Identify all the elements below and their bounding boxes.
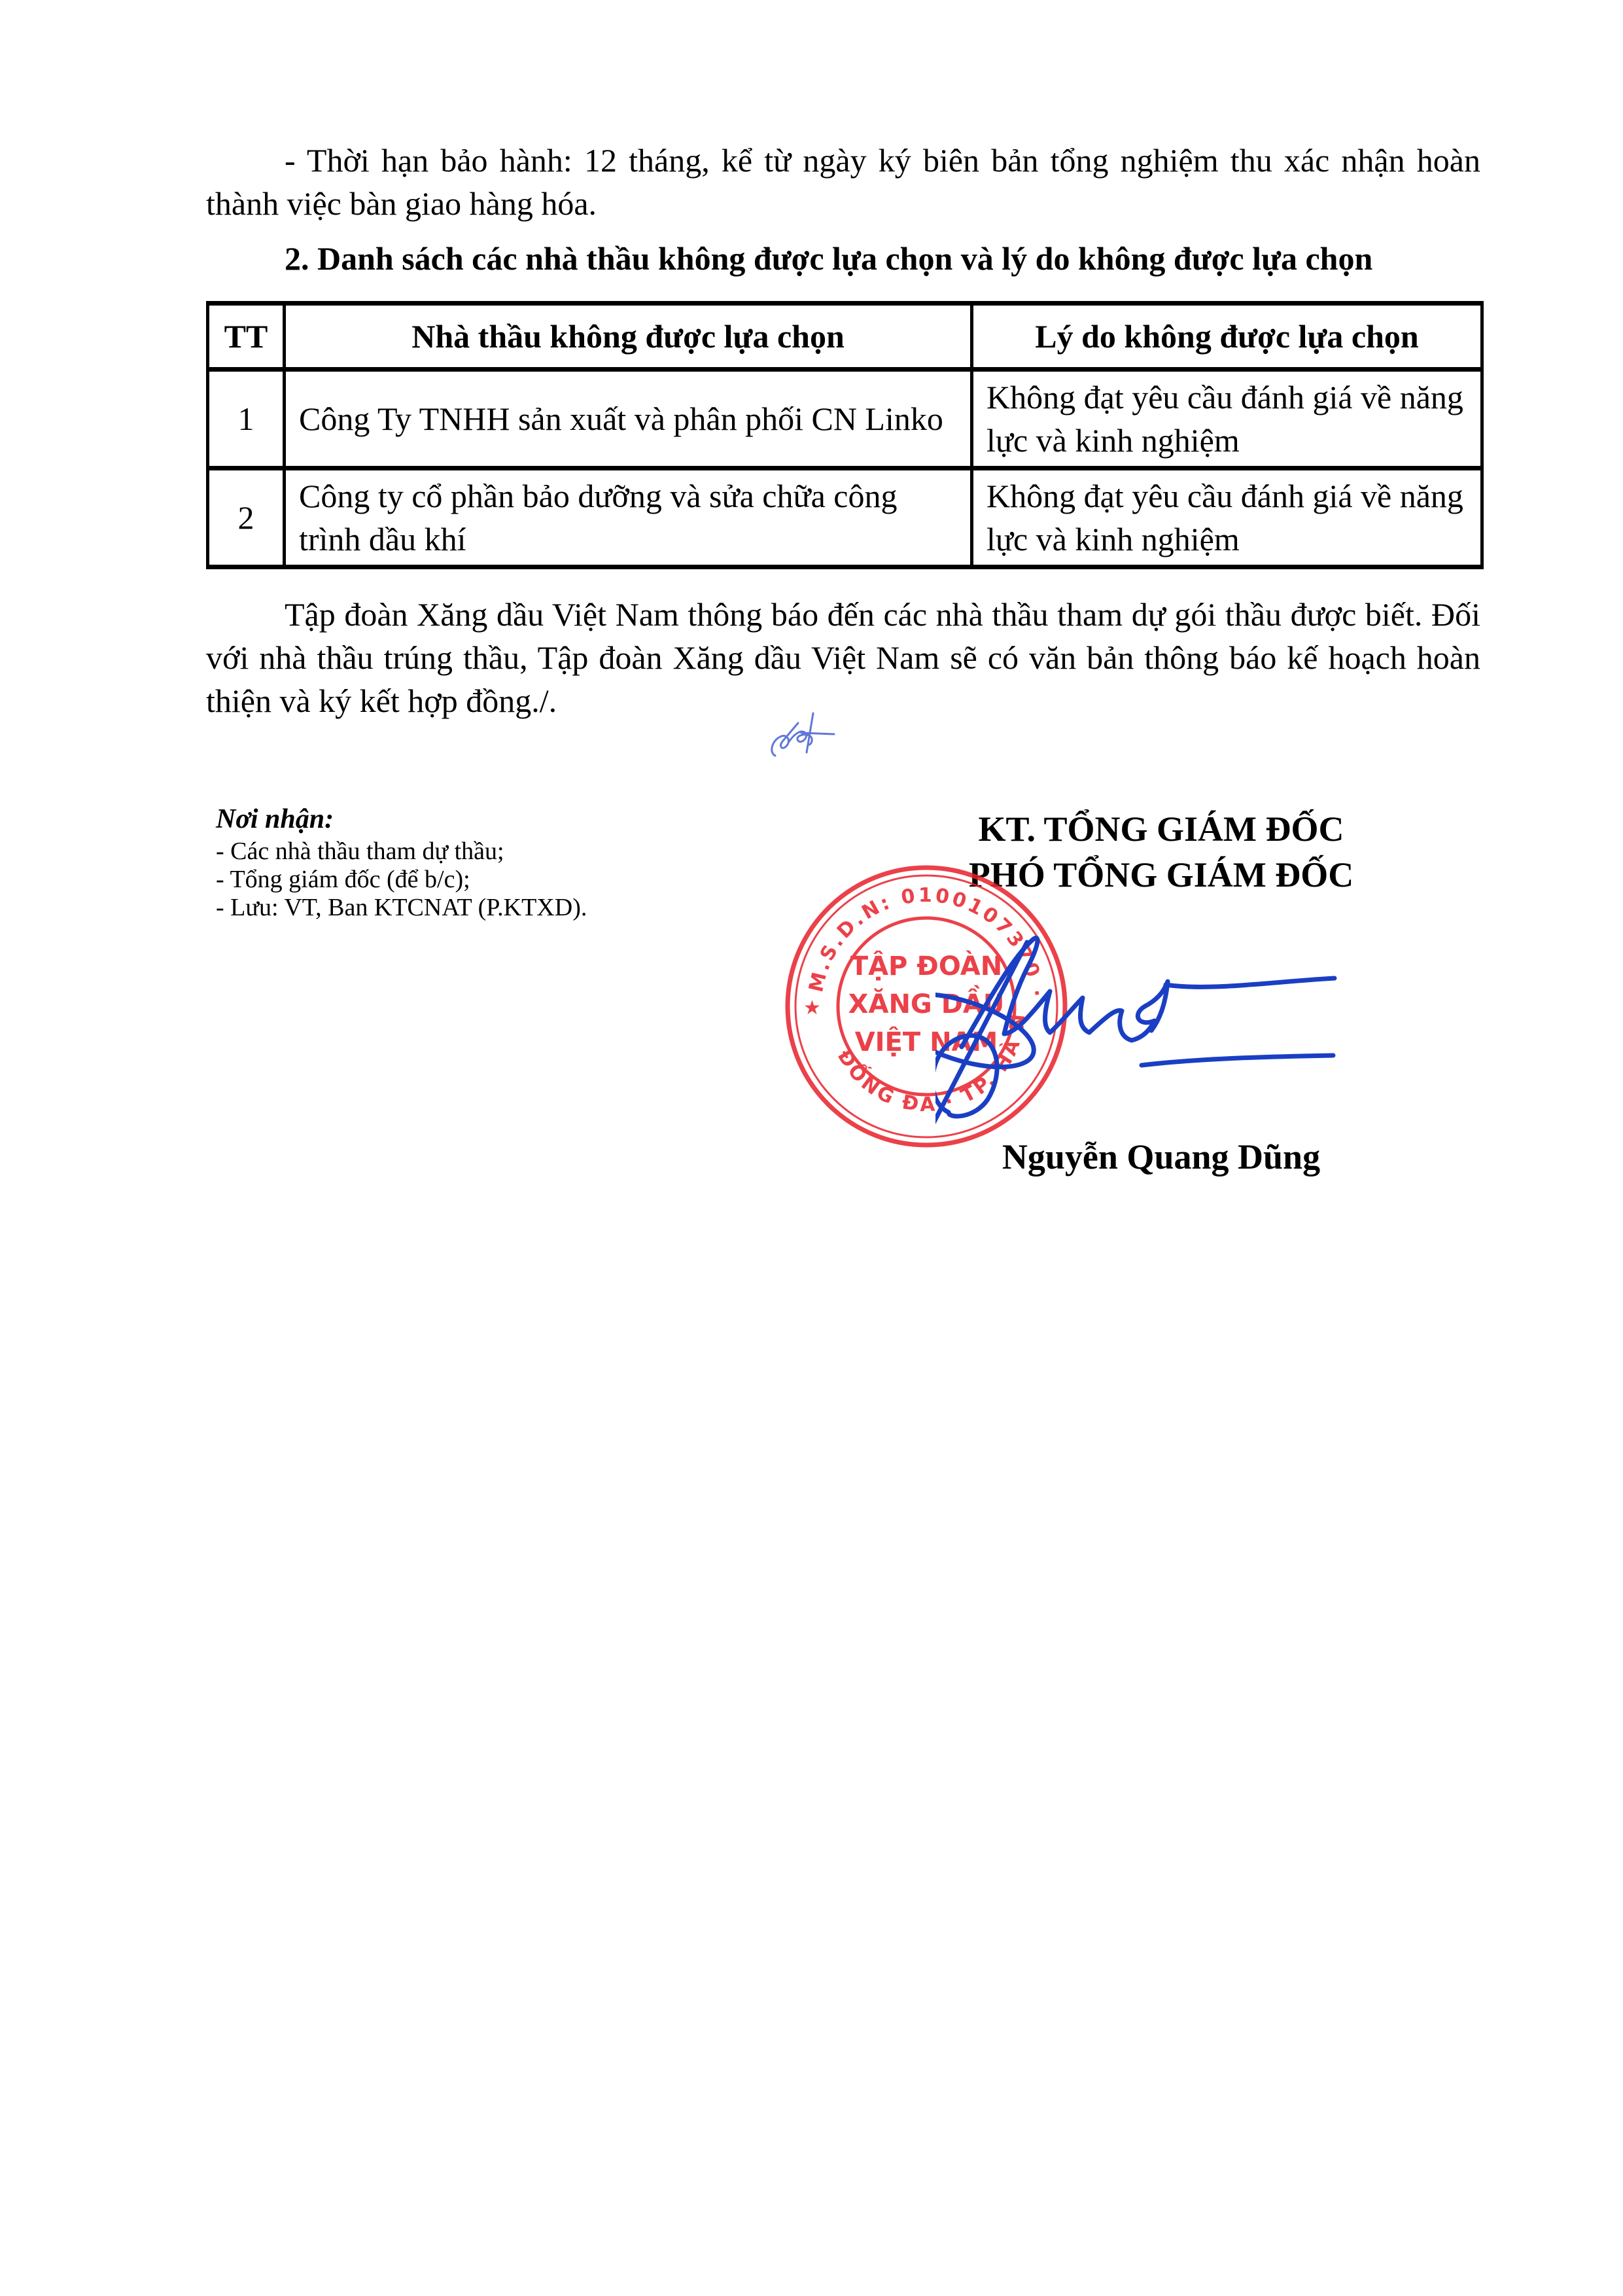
table-row: 1 Công Ty TNHH sản xuất và phân phối CN … [208,370,1482,468]
table-header-row: TT Nhà thầu không được lựa chọn Lý do kh… [208,304,1482,370]
cell-tt: 1 [208,370,285,468]
closing-paragraph: Tập đoàn Xăng dầu Việt Nam thông báo đến… [206,593,1480,722]
cell-contractor: Công ty cổ phần bảo dưỡng và sửa chữa cô… [285,468,972,567]
section-heading: 2. Danh sách các nhà thầu không được lựa… [206,237,1480,280]
recipient-item: - Lưu: VT, Ban KTCNAT (P.KTXD). [216,894,587,922]
cell-reason: Không đạt yêu cầu đánh giá về năng lực v… [972,468,1482,567]
warranty-section: - Thời hạn bảo hành: 12 tháng, kể từ ngà… [206,139,1480,225]
closing-section: Tập đoàn Xăng dầu Việt Nam thông báo đến… [206,593,1480,722]
cell-contractor: Công Ty TNHH sản xuất và phân phối CN Li… [285,370,972,468]
cell-reason: Không đạt yêu cầu đánh giá về năng lực v… [972,370,1482,468]
handwritten-signature-icon [935,916,1361,1125]
recipients-title: Nơi nhận: [216,804,587,835]
signatory-title-1: KT. TỔNG GIÁM ĐỐC [916,806,1406,852]
svg-text:★: ★ [803,997,821,1019]
signer-name: Nguyễn Quang Dũng [949,1134,1374,1180]
header-reason: Lý do không được lựa chọn [972,304,1482,370]
recipient-item: - Các nhà thầu tham dự thầu; [216,838,587,866]
warranty-paragraph: - Thời hạn bảo hành: 12 tháng, kể từ ngà… [206,139,1480,225]
header-tt: TT [208,304,285,370]
rejected-contractors-table: TT Nhà thầu không được lựa chọn Lý do kh… [206,301,1484,569]
header-contractor: Nhà thầu không được lựa chọn [285,304,972,370]
recipient-item: - Tổng giám đốc (để b/c); [216,866,587,894]
section-heading-wrap: 2. Danh sách các nhà thầu không được lựa… [206,237,1480,280]
initial-signature-icon [762,707,847,759]
document-page: - Thời hạn bảo hành: 12 tháng, kể từ ngà… [0,0,1623,2296]
table-row: 2 Công ty cổ phần bảo dưỡng và sửa chữa … [208,468,1482,567]
recipients-section: Nơi nhận: - Các nhà thầu tham dự thầu; -… [216,804,587,922]
cell-tt: 2 [208,468,285,567]
